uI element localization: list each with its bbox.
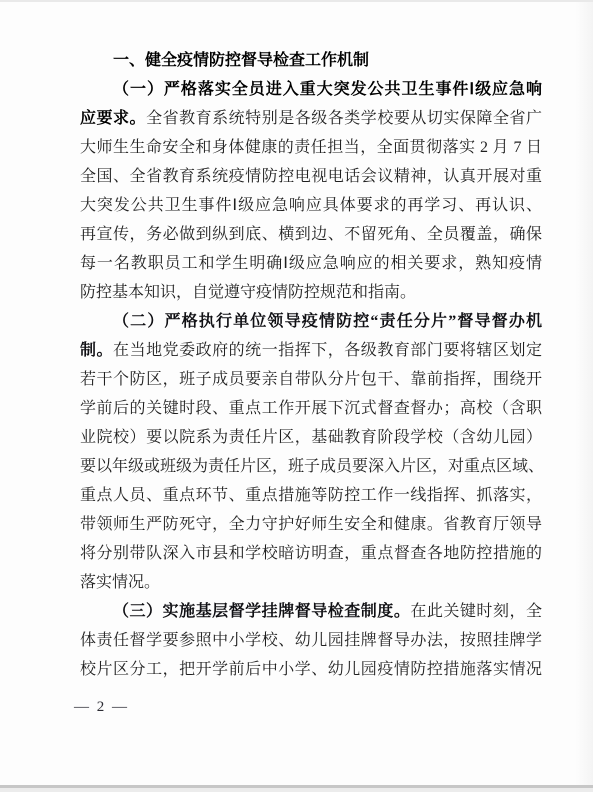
text-segment-bold: 应要求。 xyxy=(80,110,146,127)
text-line: 防控基本知识，自觉遵守疫情防控规范和指南。 xyxy=(80,278,542,307)
document-body: 一、健全疫情防控督导检查工作机制 （一）严格落实全员进入重大突发公共卫生事件Ⅰ级… xyxy=(80,46,542,684)
text-segment-normal: 若干个防区，班子成员要亲自带队分片包干、靠前指挥，围绕开 xyxy=(80,371,542,388)
paragraph: （二）严格执行单位领导疫情防控“责任分片”督导督办机制。在当地党委政府的统一指挥… xyxy=(80,307,542,597)
text-segment-kai: （二）严格执行单位领导疫情防控“责任分片”督导督办机 xyxy=(113,313,542,330)
text-segment-normal: 业院校）要以院系为责任片区，基础教育阶段学校（含幼儿园） xyxy=(80,429,542,446)
text-line: （三）实施基层督学挂牌督导检查制度。在此关键时刻，全 xyxy=(80,597,542,626)
text-segment-normal: 要以年级或班级为责任片区，班子成员要深入片区，对重点区域、 xyxy=(80,458,544,475)
text-line: （一）严格落实全员进入重大突发公共卫生事件Ⅰ级应急响 xyxy=(80,75,542,104)
paragraph: （三）实施基层督学挂牌督导检查制度。在此关键时刻，全体责任督学要参照中小学校、幼… xyxy=(80,597,542,684)
text-line: 学前后的关键时段、重点工作开展下沉式督查督办；高校（含职 xyxy=(80,394,542,423)
text-segment-normal: 在此关键时刻，全 xyxy=(410,603,542,620)
text-line: 制。在当地党委政府的统一指挥下，各级教育部门要将辖区划定 xyxy=(80,336,542,365)
text-line: 应要求。全省教育系统特别是各级各类学校要从切实保障全省广 xyxy=(80,104,542,133)
text-line: 每一名教职员工和学生明确Ⅰ级应急响应的相关要求，熟知疫情 xyxy=(80,249,542,278)
text-segment-normal: 带领师生严防死守，全力守护好师生安全和健康。省教育厅领导 xyxy=(80,516,542,533)
text-line: 若干个防区，班子成员要亲自带队分片包干、靠前指挥，围绕开 xyxy=(80,365,542,394)
text-line: 要以年级或班级为责任片区，班子成员要深入片区，对重点区域、 xyxy=(80,452,542,481)
page-bottom-edge-fill xyxy=(0,788,593,792)
text-segment-bold: （一）严格落实全员进入重大突发公共卫生事件Ⅰ级应急响 xyxy=(113,81,542,98)
text-segment-normal: 大突发公共卫生事件Ⅰ级应急响应具体要求的再学习、再认识、 xyxy=(80,197,542,214)
text-segment-normal: 全省教育系统特别是各级各类学校要从切实保障全省广 xyxy=(146,110,542,127)
text-line: 大师生生命安全和身体健康的责任担当，全面贯彻落实 2 月 7 日 xyxy=(80,133,542,162)
text-line: 将分别带队深入市县和学校暗访明查，重点督查各地防控措施的 xyxy=(80,539,542,568)
page-number: — 2 — xyxy=(74,697,129,717)
text-segment-normal: 落实情况。 xyxy=(80,574,160,591)
text-segment-normal: 体责任督学要参照中小学校、幼儿园挂牌督导办法，按照挂牌学 xyxy=(80,632,542,649)
text-line: 体责任督学要参照中小学校、幼儿园挂牌督导办法，按照挂牌学 xyxy=(80,626,542,655)
scanned-document-page: 一、健全疫情防控督导检查工作机制 （一）严格落实全员进入重大突发公共卫生事件Ⅰ级… xyxy=(0,0,593,792)
text-segment-normal: 全国、全省教育系统疫情防控电视电话会议精神，认真开展对重 xyxy=(80,168,542,185)
text-line: 业院校）要以院系为责任片区，基础教育阶段学校（含幼儿园） xyxy=(80,423,542,452)
text-segment-normal: 重点人员、重点环节、重点措施等防控工作一线指挥、抓落实， xyxy=(80,487,542,504)
text-segment-normal: 每一名教职员工和学生明确Ⅰ级应急响应的相关要求，熟知疫情 xyxy=(80,255,542,272)
text-line: （二）严格执行单位领导疫情防控“责任分片”督导督办机 xyxy=(80,307,542,336)
text-segment-normal: 再宣传，务必做到纵到底、横到边、不留死角、全员覆盖，确保 xyxy=(80,226,542,243)
section-heading: 一、健全疫情防控督导检查工作机制 xyxy=(80,46,542,75)
text-line: 带领师生严防死守，全力守护好师生安全和健康。省教育厅领导 xyxy=(80,510,542,539)
paragraph: （一）严格落实全员进入重大突发公共卫生事件Ⅰ级应急响应要求。全省教育系统特别是各… xyxy=(80,75,542,307)
text-segment-normal: 防控基本知识，自觉遵守疫情防控规范和指南。 xyxy=(80,284,416,301)
text-line: 大突发公共卫生事件Ⅰ级应急响应具体要求的再学习、再认识、 xyxy=(80,191,542,220)
text-segment-normal: 在当地党委政府的统一指挥下，各级教育部门要将辖区划定 xyxy=(113,342,542,359)
page-top-edge xyxy=(0,0,593,2)
text-segment-kai: （三）实施基层督学挂牌督导检查制度。 xyxy=(113,603,410,620)
text-segment-normal: 校片区分工，把开学前后中小学、幼儿园疫情防控措施落实情况 xyxy=(80,661,542,678)
text-segment-normal: 大师生生命安全和身体健康的责任担当，全面贯彻落实 2 月 7 日 xyxy=(80,139,542,156)
text-segment-kai: 制。 xyxy=(80,342,113,359)
text-segment-normal: 学前后的关键时段、重点工作开展下沉式督查督办；高校（含职 xyxy=(80,400,542,417)
text-line: 校片区分工，把开学前后中小学、幼儿园疫情防控措施落实情况 xyxy=(80,655,542,684)
text-line: 再宣传，务必做到纵到底、横到边、不留死角、全员覆盖，确保 xyxy=(80,220,542,249)
text-segment-normal: 将分别带队深入市县和学校暗访明查，重点督查各地防控措施的 xyxy=(80,545,542,562)
text-line: 落实情况。 xyxy=(80,568,542,597)
text-line: 重点人员、重点环节、重点措施等防控工作一线指挥、抓落实， xyxy=(80,481,542,510)
text-line: 全国、全省教育系统疫情防控电视电话会议精神，认真开展对重 xyxy=(80,162,542,191)
